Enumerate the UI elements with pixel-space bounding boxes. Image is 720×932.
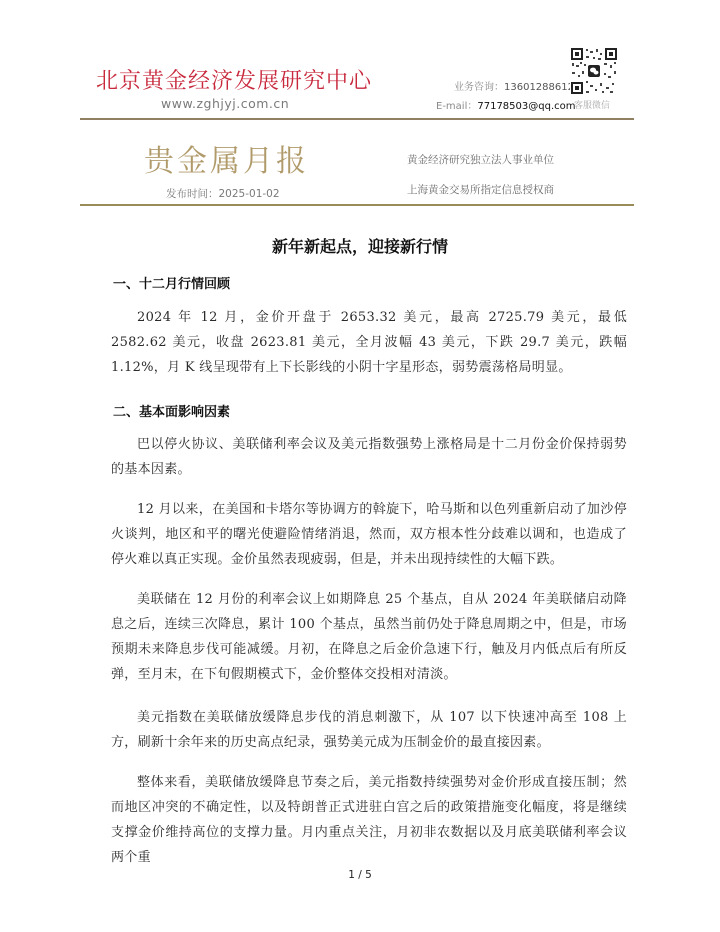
qr-code-icon	[570, 47, 618, 95]
header-divider	[80, 118, 634, 120]
contact-email: E-mail：77178503@qq.com	[436, 97, 576, 112]
paragraph: 美联储在 12 月份的利率会议上如期降息 25 个基点，自从 2024 年美联储…	[111, 587, 627, 687]
paragraph: 巴以停火协议、美联储利率会议及美元指数强势上涨格局是十二月份金价保持弱势的基本因…	[111, 432, 627, 482]
section-heading-1: 一、十二月行情回顾	[113, 273, 230, 292]
page-number: 1 / 5	[0, 869, 720, 881]
publish-date-value: 2025-01-02	[219, 188, 280, 200]
org-url: www.zghjyj.com.cn	[161, 96, 289, 111]
contact-phone: 业务咨询：13601288612	[454, 78, 574, 93]
section-heading-2: 二、基本面影响因素	[113, 401, 230, 420]
report-title: 贵金属月报	[144, 136, 309, 180]
credential-badge-1: 黄金经济研究独立法人事业单位	[407, 152, 554, 167]
publish-date: 发布时间：2025-01-02	[166, 186, 280, 201]
paragraph: 12 月以来，在美国和卡塔尔等协调方的斡旋下，哈马斯和以色列重新启动了加沙停火谈…	[111, 497, 627, 572]
email-value: 77178503@qq.com	[477, 101, 575, 112]
qr-label: 客服微信	[574, 98, 610, 111]
email-label: E-mail：	[436, 101, 477, 112]
phone-value: 13601288612	[504, 82, 574, 93]
credential-badge-2: 上海黄金交易所指定信息授权商	[407, 182, 554, 197]
paragraph: 2024 年 12 月，金价开盘于 2653.32 美元，最高 2725.79 …	[111, 305, 627, 380]
paragraph: 整体来看，美联储放缓降息节奏之后，美元指数持续强势对金价形成直接压制；然而地区冲…	[111, 770, 627, 870]
title-divider	[80, 204, 634, 206]
document-title: 新年新起点，迎接新行情	[0, 234, 720, 257]
publish-date-label: 发布时间：	[166, 188, 219, 200]
paragraph: 美元指数在美联储放缓降息步伐的消息刺激下，从 107 以下快速冲高至 108 上…	[111, 705, 627, 755]
phone-label: 业务咨询：	[454, 82, 504, 93]
org-name: 北京黄金经济发展研究中心	[96, 64, 372, 95]
